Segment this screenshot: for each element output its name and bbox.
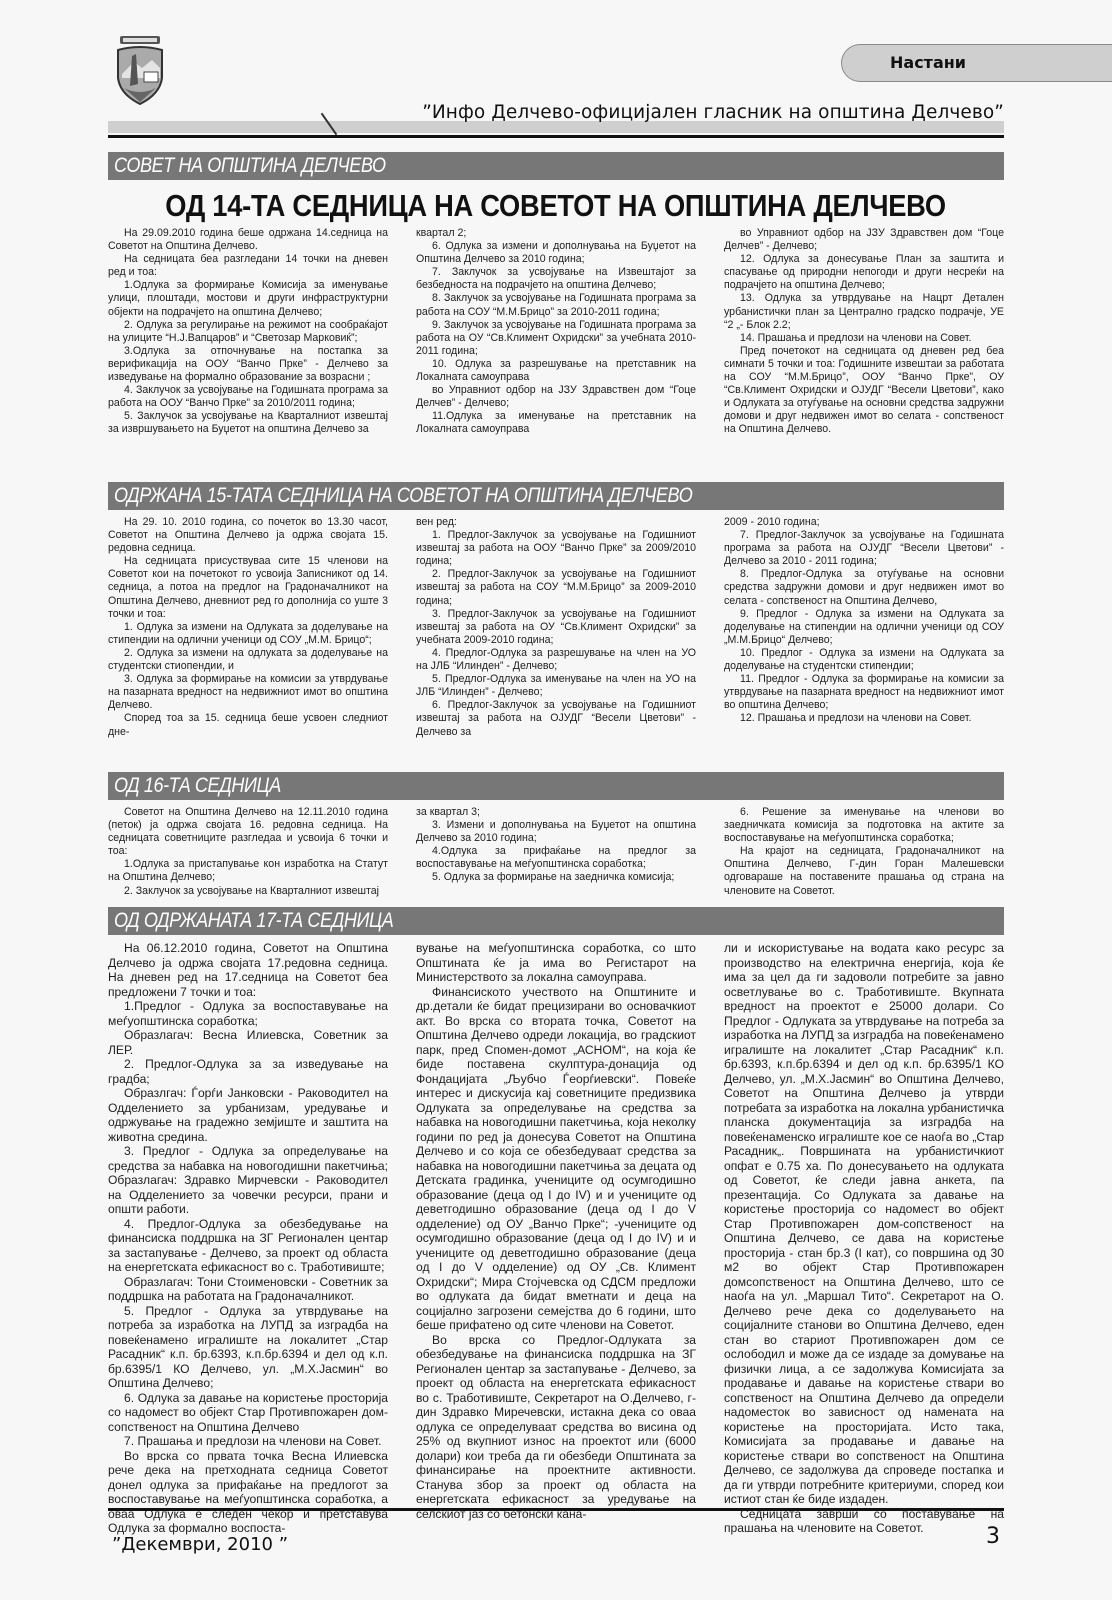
paragraph: Образлгач: Ѓорѓи Јанковски - Раководител… <box>108 1086 388 1144</box>
article-17-col-1: На 06.12.2010 година, Советот на Општина… <box>108 941 388 1536</box>
list-item: 11.Одлука за именување на претставник на… <box>416 410 696 436</box>
list-item: 1. Одлука за измени на Одлуката за додел… <box>108 621 388 647</box>
section-banner-16th-session: ОД 16-ТА СЕДНИЦА <box>108 772 1004 800</box>
list-item: 6. Одлука за давање на користење простор… <box>108 1391 388 1435</box>
list-item: 5. Заклучок за усвојување на Кварталниот… <box>108 410 388 436</box>
article-16-col-2: за квартал 3; 3. Измени и дополнувања на… <box>416 806 696 898</box>
list-item: 10. Предлог - Одлука за измени на Одлука… <box>724 647 1004 673</box>
paragraph: На седницата присуствуваа сите 15 членов… <box>108 555 388 620</box>
list-item: 5. Одлука за формирање на заедничка коми… <box>416 871 696 884</box>
paragraph: На 06.12.2010 година, Советот на Општина… <box>108 941 388 999</box>
page-number: 3 <box>986 1524 1000 1549</box>
list-item: 1.Одлука за пристапување кон изработка н… <box>108 858 388 884</box>
paragraph: ли и искористување на водата како ресурс… <box>724 941 1004 1507</box>
paragraph: На седницата беа разгледани 14 точки на … <box>108 253 388 279</box>
header-rule <box>108 135 1004 138</box>
municipal-coat-of-arms-icon <box>112 34 168 106</box>
paragraph: вен ред: <box>416 516 696 529</box>
paragraph: Пред почетокот на седницата од дневен ре… <box>724 345 1004 437</box>
list-item: 8. Заклучок за усвојување на Годишната п… <box>416 292 696 318</box>
gazette-title: ”Инфо Делчево-официјален гласник на општ… <box>350 102 1004 125</box>
paragraph: Според тоа за 15. седница беше усвоен сл… <box>108 712 388 738</box>
page-headline: ОД 14-ТА СЕДНИЦА НА СОВЕТОТ НА ОПШТИНА Д… <box>108 188 1004 224</box>
list-item: 8. Предлог-Одлука за отуѓување на основн… <box>724 568 1004 607</box>
paragraph: квартал 2; <box>416 227 696 240</box>
list-item: 3.Одлука за отпочнување на постапка за в… <box>108 345 388 384</box>
section-banner-council: СОВЕТ НА ОПШТИНА ДЕЛЧЕВО <box>108 152 1004 180</box>
list-item: 2. Одлука за регулирање на режимот на со… <box>108 319 388 345</box>
article-14-columns: На 29.09.2010 година беше одржана 14.сед… <box>108 227 1004 437</box>
list-item: 12. Одлука за донесување План за заштита… <box>724 253 1004 292</box>
list-item: 2. Заклучок за усвојување на Кварталниот… <box>108 885 388 898</box>
article-15-col-3: 2009 - 2010 година; 7. Предлог-Заклучок … <box>724 516 1004 739</box>
list-item: 1.Предлог - Одлука за воспоставување на … <box>108 999 388 1028</box>
list-item: 13. Одлука за утврдување на Нацрт Детале… <box>724 292 1004 331</box>
list-item: 2. Одлука за измени на одлуката за додел… <box>108 647 388 673</box>
article-17-columns: На 06.12.2010 година, Советот на Општина… <box>108 941 1004 1536</box>
list-item: 2. Предлог-Одлука за за изведување на гр… <box>108 1057 388 1086</box>
list-item: 5. Предлог - Одлука за утврдување на пот… <box>108 1304 388 1391</box>
paragraph: Финансиското учеството на Општините и др… <box>416 985 696 1333</box>
paragraph: за квартал 3; <box>416 806 696 819</box>
list-item: 1.Одлука за формирање Комисија за именув… <box>108 279 388 318</box>
list-item: во Управниот одбор на ЈЗУ Здравствен дом… <box>724 227 1004 253</box>
paragraph: Образлагач: Тони Стоименовски - Советник… <box>108 1275 388 1304</box>
section-banner-15th-session: ОДРЖАНА 15-ТАТА СЕДНИЦА НА СОВЕТОТ НА ОП… <box>108 482 1004 510</box>
article-16-columns: Советот на Општина Делчево на 12.11.2010… <box>108 806 1004 898</box>
list-item: 6. Предлог-Заклучок за усвојување на Год… <box>416 699 696 738</box>
section-tab: Настани <box>841 44 1112 82</box>
list-item: 14. Прашања и предлози на членови на Сов… <box>724 332 1004 345</box>
article-15-col-1: На 29. 10. 2010 година, со почеток во 13… <box>108 516 388 739</box>
list-item: 2. Предлог-Заклучок за усвојување на Год… <box>416 568 696 607</box>
list-item: 3. Предлог-Заклучок за усвојување на Год… <box>416 608 696 647</box>
list-item: 4.Одлука за прифаќање на предлог за восп… <box>416 845 696 871</box>
paragraph: На крајот на седницата, Градоначалникот … <box>724 845 1004 897</box>
list-item: 3. Измени и дополнувања на Буџетот на оп… <box>416 819 696 845</box>
paragraph: На 29.09.2010 година беше одржана 14.сед… <box>108 227 388 253</box>
list-item: 6. Решение за именување на членови во за… <box>724 806 1004 845</box>
list-item: 4. Заклучок за усвојување на Годишната п… <box>108 384 388 410</box>
list-item: 9. Предлог - Одлука за измени на Одлукат… <box>724 608 1004 647</box>
paragraph: Во врска со Предлог-Одлуката за обезбеду… <box>416 1333 696 1522</box>
footer-rule <box>108 1508 1004 1511</box>
paragraph: Советот на Општина Делчево на 12.11.2010… <box>108 806 388 858</box>
list-item: 12. Прашања и предлози на членови на Сов… <box>724 712 1004 725</box>
paragraph: 2009 - 2010 година; <box>724 516 1004 529</box>
list-item: 11. Предлог - Одлука за формирање на ком… <box>724 673 1004 712</box>
article-17-col-3: ли и искористување на водата како ресурс… <box>724 941 1004 1536</box>
list-item: 5. Предлог-Одлука за именување на член н… <box>416 673 696 699</box>
list-item: во Управниот одбор на ЈЗУ Здравствен дом… <box>416 384 696 410</box>
issue-date: ”Декември, 2010 ” <box>112 1534 288 1555</box>
paragraph: Образлагач: Весна Илиевска, Советник за … <box>108 1028 388 1057</box>
article-14-col-1: На 29.09.2010 година беше одржана 14.сед… <box>108 227 388 437</box>
article-14-col-2: квартал 2; 6. Одлука за измени и дополну… <box>416 227 696 437</box>
article-16-col-3: 6. Решение за именување на членови во за… <box>724 806 1004 898</box>
article-17-col-2: вување на меѓуопштинска соработка, со шт… <box>416 941 696 1536</box>
paragraph: Во врска со првата точка Весна Илиевска … <box>108 1449 388 1536</box>
list-item: 4. Предлог-Одлука за разрешување на член… <box>416 647 696 673</box>
list-item: 3. Одлука за формирање на комисии за утв… <box>108 673 388 712</box>
section-banner-17th-session: ОД ОДРЖАНАТА 17-ТА СЕДНИЦА <box>108 907 1004 935</box>
list-item: 1. Предлог-Заклучок за усвојување на Год… <box>416 529 696 568</box>
list-item: 7. Прашања и предлози на членови на Сове… <box>108 1434 388 1449</box>
article-14-col-3: во Управниот одбор на ЈЗУ Здравствен дом… <box>724 227 1004 437</box>
paragraph: вување на меѓуопштинска соработка, со шт… <box>416 941 696 985</box>
article-15-col-2: вен ред: 1. Предлог-Заклучок за усвојува… <box>416 516 696 739</box>
list-item: 3. Предлог - Одлука за определување на с… <box>108 1144 388 1217</box>
list-item: 6. Одлука за измени и дополнувања на Буџ… <box>416 240 696 266</box>
list-item: 10. Одлука за разрешување на претставник… <box>416 358 696 384</box>
list-item: 4. Предлог-Одлука за обезбедување на фин… <box>108 1217 388 1275</box>
paragraph: На 29. 10. 2010 година, со почеток во 13… <box>108 516 388 555</box>
article-16-col-1: Советот на Општина Делчево на 12.11.2010… <box>108 806 388 898</box>
list-item: 9. Заклучок за усвојување на Годишната п… <box>416 319 696 358</box>
article-15-columns: На 29. 10. 2010 година, со почеток во 13… <box>108 516 1004 739</box>
list-item: 7. Заклучок за усвојување на Извештајот … <box>416 266 696 292</box>
list-item: 7. Предлог-Заклучок за усвојување на Год… <box>724 529 1004 568</box>
